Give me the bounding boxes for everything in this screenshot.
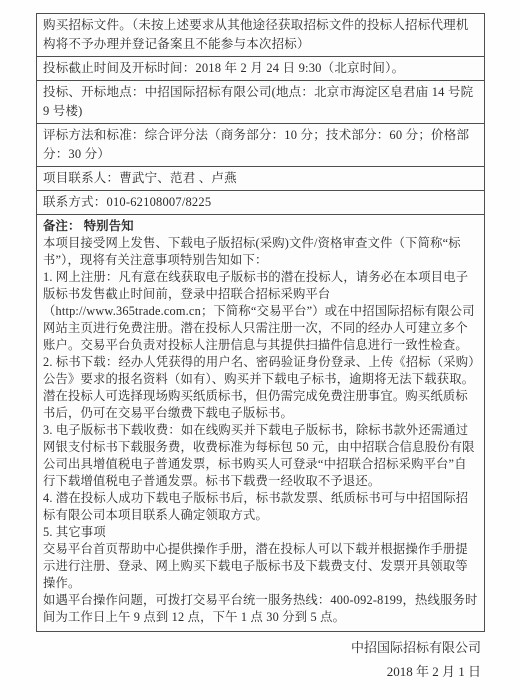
remarks-item-2-paper-note: 潜在投标人可选择现场购买纸质标书，但仍需完成免费注册事宜。购买纸质标书后，仍可在…: [43, 388, 478, 422]
row-bid-deadline: 投标截止时间及开标时间：2018 年 2 月 24 日 9:30（北京时间）。: [37, 57, 484, 81]
signature-company: 中招国际招标有限公司: [36, 636, 481, 660]
remarks-item-2-download: 2. 标书下载：经办人凭获得的用户名、密码验证身份登录、上传《招标（采购）公告》…: [43, 354, 478, 388]
row-project-contacts: 项目联系人：曹武宁、范君 、卢燕: [37, 167, 484, 191]
document-page: 购买招标文件。（未按上述要求从其他途径获取招标文件的投标人招标代理机构将不予办理…: [0, 0, 520, 700]
tender-info-table: 购买招标文件。（未按上述要求从其他途径获取招标文件的投标人招标代理机构将不予办理…: [36, 13, 485, 632]
remarks-item-5-manual: 交易平台首页帮助中心提供操作手册，潜在投标人可以下载并根据操作手册提示进行注册、…: [43, 541, 478, 592]
remarks-item-3-fees: 3. 电子版标书下载收费：如在线购买并下载电子版标书，除标书款外还需通过网银支付…: [43, 422, 478, 490]
signature-block: 中招国际招标有限公司 2018 年 2 月 1 日: [36, 636, 485, 684]
remarks-heading: 备注： 特别告知: [43, 218, 478, 235]
row-purchase-note: 购买招标文件。（未按上述要求从其他途径获取招标文件的投标人招标代理机构将不予办理…: [37, 14, 484, 57]
row-evaluation-method: 评标方法和标准：综合评分法（商务部分：10 分；技术部分：60 分；价格部分：3…: [37, 124, 484, 167]
remarks-item-5-heading: 5. 其它事项: [43, 524, 478, 541]
remarks-intro: 本项目接受网上发售、下载电子版招标(采购)文件/资格审查文件（下简称“标书”），…: [43, 235, 478, 269]
row-remarks: 备注： 特别告知 本项目接受网上发售、下载电子版招标(采购)文件/资格审查文件（…: [37, 215, 484, 631]
remarks-item-5-hotline: 如遇平台操作问题，可拨打交易平台统一服务热线：400-092-8199，热线服务…: [43, 592, 478, 626]
remarks-item-1-registration: 1. 网上注册：凡有意在线获取电子版标书的潜在投标人，请务必在本项目电子版标书发…: [43, 269, 478, 354]
remarks-item-4-invoice: 4. 潜在投标人成功下载电子版标书后，标书款发票、纸质标书可与中招国际招标有限公…: [43, 490, 478, 524]
row-contact-phone: 联系方式：010-62108007/8225: [37, 191, 484, 215]
row-bid-location: 投标、开标地点：中招国际招标有限公司(地点：北京市海淀区皂君庙 14 号院 9 …: [37, 81, 484, 124]
document-content: 购买招标文件。（未按上述要求从其他途径获取招标文件的投标人招标代理机构将不予办理…: [36, 13, 485, 684]
signature-date: 2018 年 2 月 1 日: [36, 660, 481, 684]
